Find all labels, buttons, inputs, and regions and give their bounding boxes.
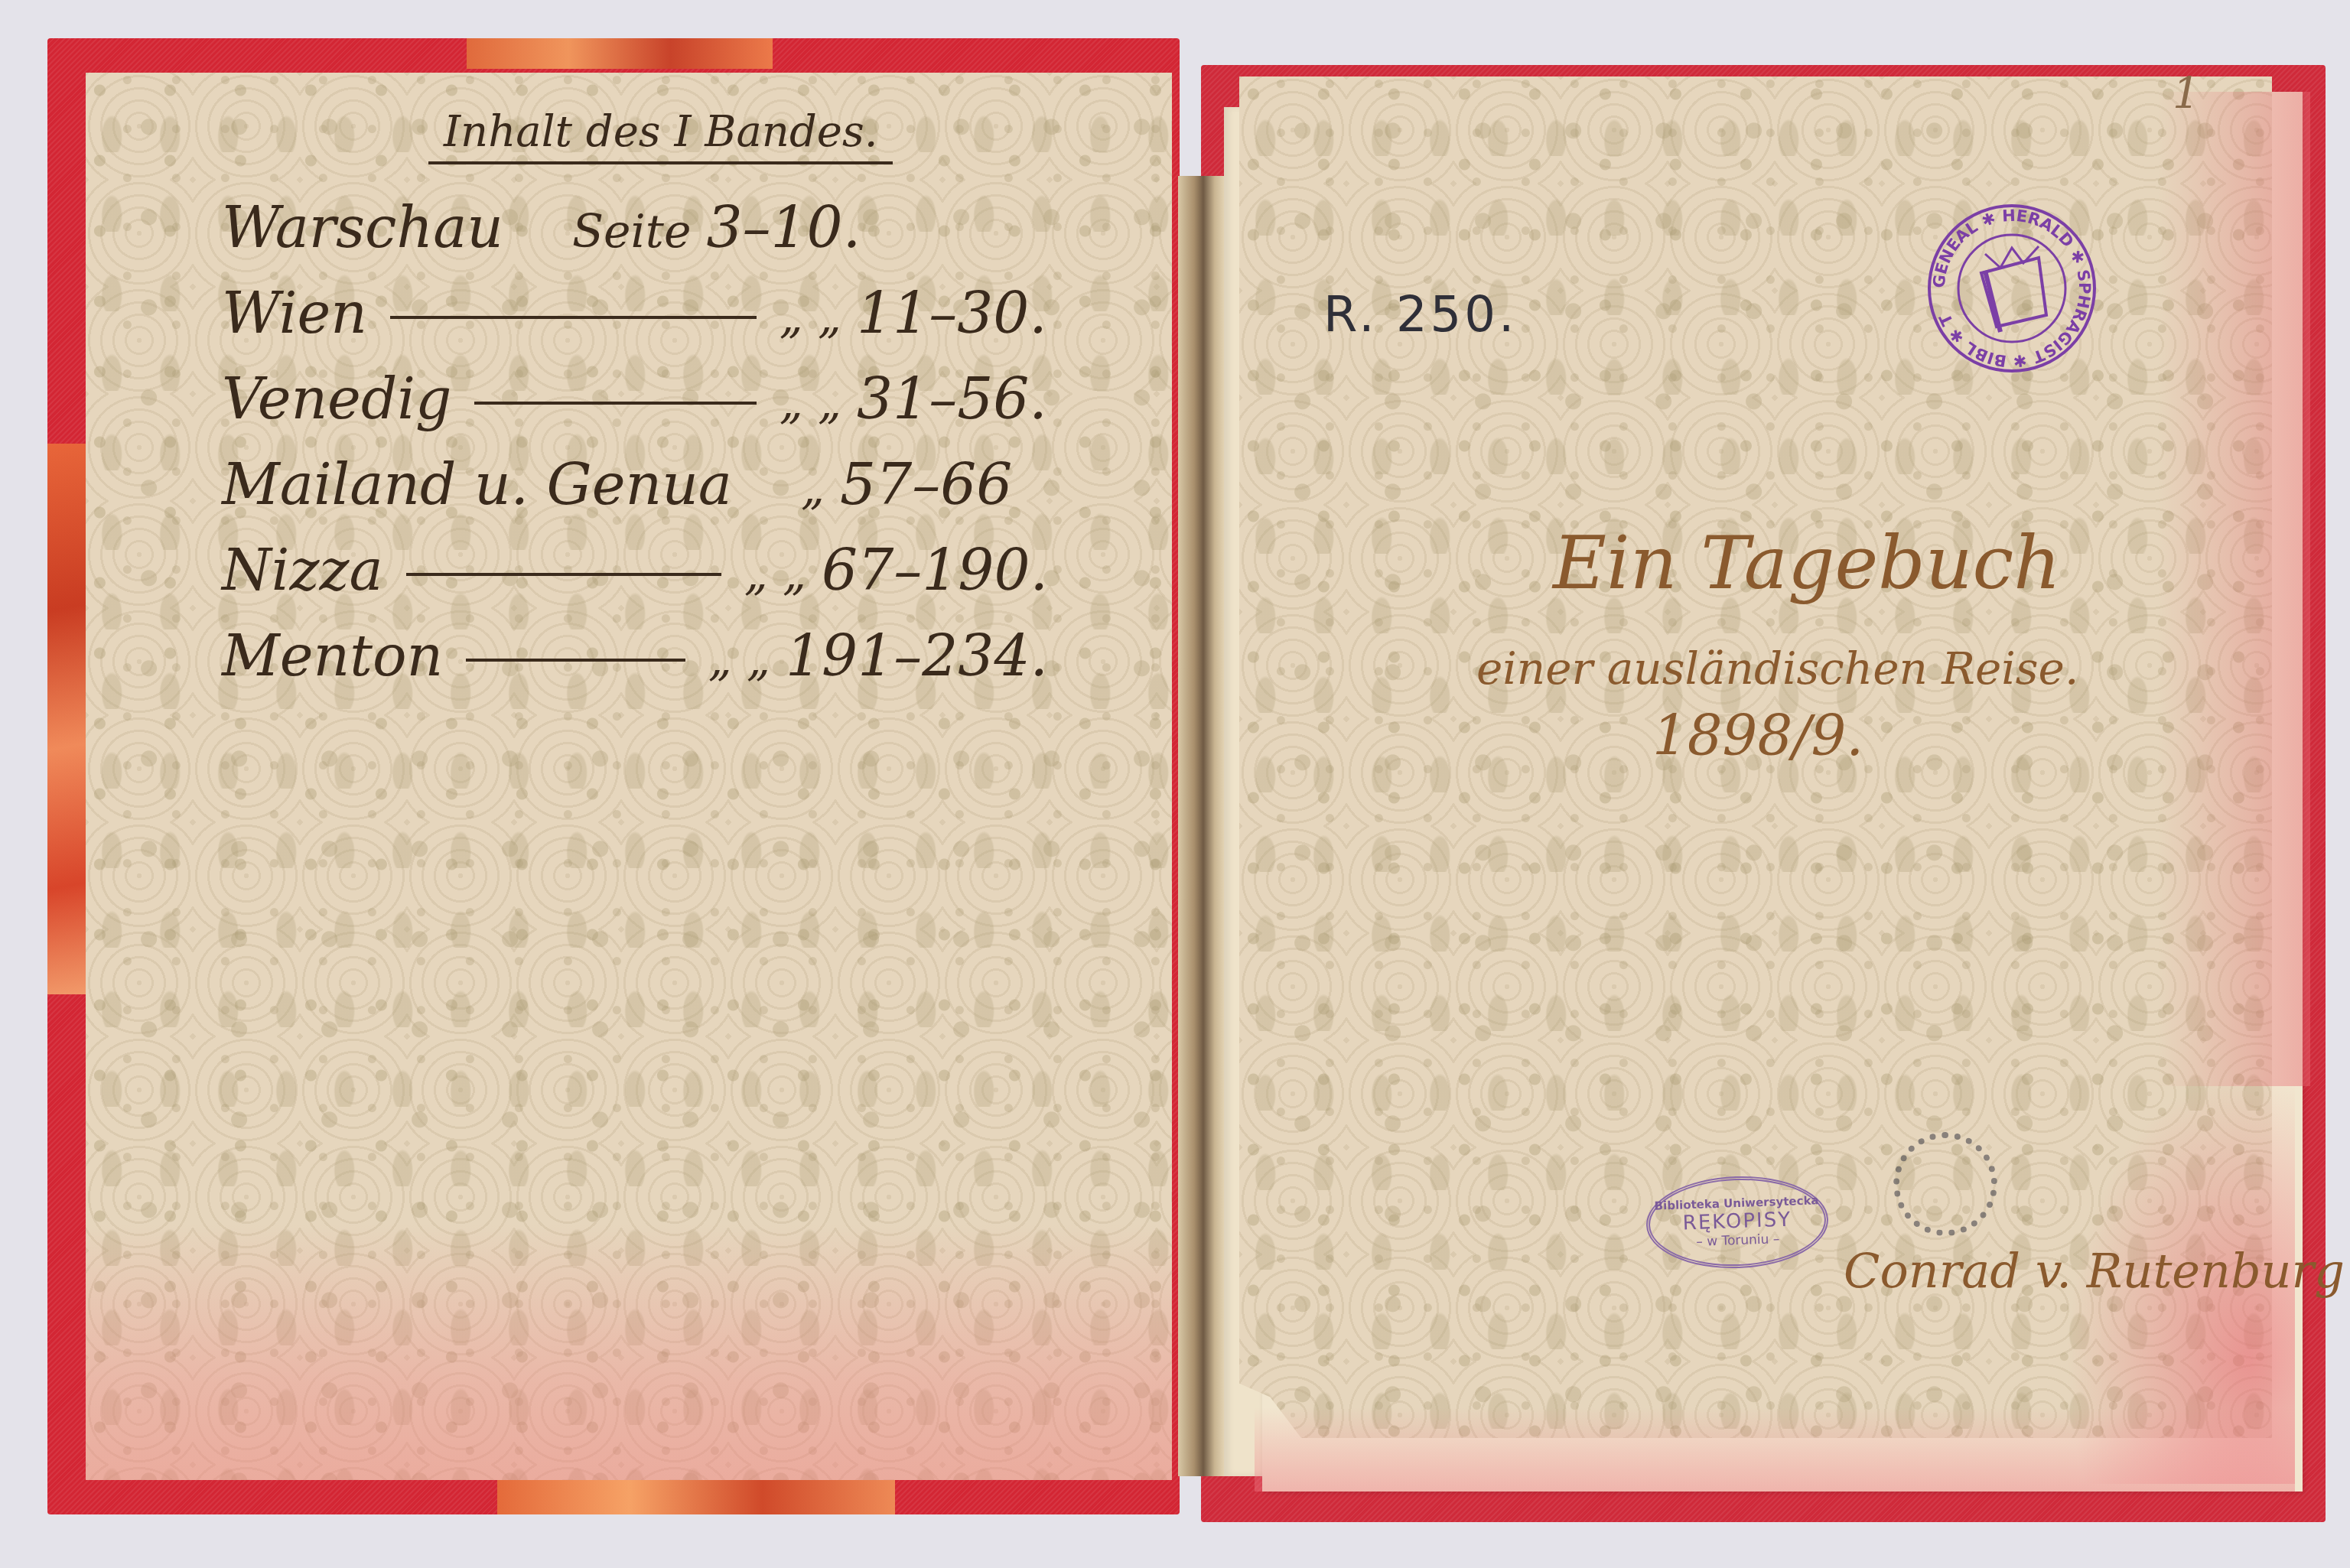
marbled-paper-top-edge <box>467 38 773 69</box>
book-spine-gutter <box>1178 176 1224 1476</box>
title-date: 1898/9. <box>1652 704 1863 768</box>
toc-place: Venedig <box>222 366 451 432</box>
title-line-2: einer ausländischen Reise. <box>1476 642 2078 695</box>
svg-text:GENEAL ✱ HERALD ✱ SPHRAGIST ✱: GENEAL ✱ HERALD ✱ SPHRAGIST ✱ BIBL ✱ T <box>1930 207 2094 371</box>
toc-place: Mailand u. Genua <box>222 452 732 518</box>
marbled-paper-bottom-edge <box>497 1476 895 1514</box>
toc-place: Menton <box>222 623 443 689</box>
toc-label: „ <box>801 462 825 516</box>
toc-pages: 3–10. <box>706 195 897 261</box>
toc-entry: Warschau Seite 3–10. <box>222 195 1048 281</box>
toc-label: „ „ <box>780 291 841 344</box>
toc-leader <box>406 573 721 576</box>
toc-leader <box>466 659 685 662</box>
toc-label: „ „ <box>744 548 806 601</box>
toc-entry: Menton „ „ 191–234. <box>222 623 1048 709</box>
shelfmark: R. 250. <box>1323 287 1517 343</box>
toc-leader <box>390 316 757 319</box>
toc-label: „ „ <box>708 633 770 687</box>
toc-pages: 57–66 <box>840 452 1031 518</box>
heraldic-library-stamp: GENEAL ✱ HERALD ✱ SPHRAGIST ✱ BIBL ✱ T <box>1924 200 2100 376</box>
toc-entry: Nizza „ „ 67–190. <box>222 538 1048 623</box>
title-line-1: Ein Tagebuch <box>1553 520 2061 606</box>
toc-place: Wien <box>222 281 367 346</box>
owner-signature: Conrad v. Rutenburg <box>1844 1243 2345 1299</box>
toc-leader <box>474 402 756 405</box>
toc-entry: Venedig „ „ 31–56. <box>222 366 1048 452</box>
toc-place: Warschau <box>222 195 503 261</box>
toc-entry: Wien „ „ 11–30. <box>222 281 1048 366</box>
toc-label: Seite <box>572 205 691 259</box>
toc-pages: 31–56. <box>857 366 1048 432</box>
toc-entry: Mailand u. Genua „ 57–66 <box>222 452 1048 538</box>
table-of-contents: Warschau Seite 3–10. Wien „ „ 11–30. Ven… <box>222 195 1048 709</box>
marbled-paper-left-edge <box>47 444 86 994</box>
toc-pages: 191–234. <box>786 623 1048 689</box>
toc-heading: Inhalt des I Bandes. <box>428 107 893 164</box>
folio-number: 1 <box>2173 69 2200 119</box>
round-stamp-icon: GENEAL ✱ HERALD ✱ SPHRAGIST ✱ BIBL ✱ T <box>1924 200 2100 376</box>
toc-pages: 11–30. <box>857 281 1048 346</box>
toc-pages: 67–190. <box>822 538 1048 603</box>
faded-round-postmark <box>1893 1132 1997 1236</box>
toc-label: „ „ <box>780 376 841 430</box>
toc-place: Nizza <box>222 538 383 603</box>
